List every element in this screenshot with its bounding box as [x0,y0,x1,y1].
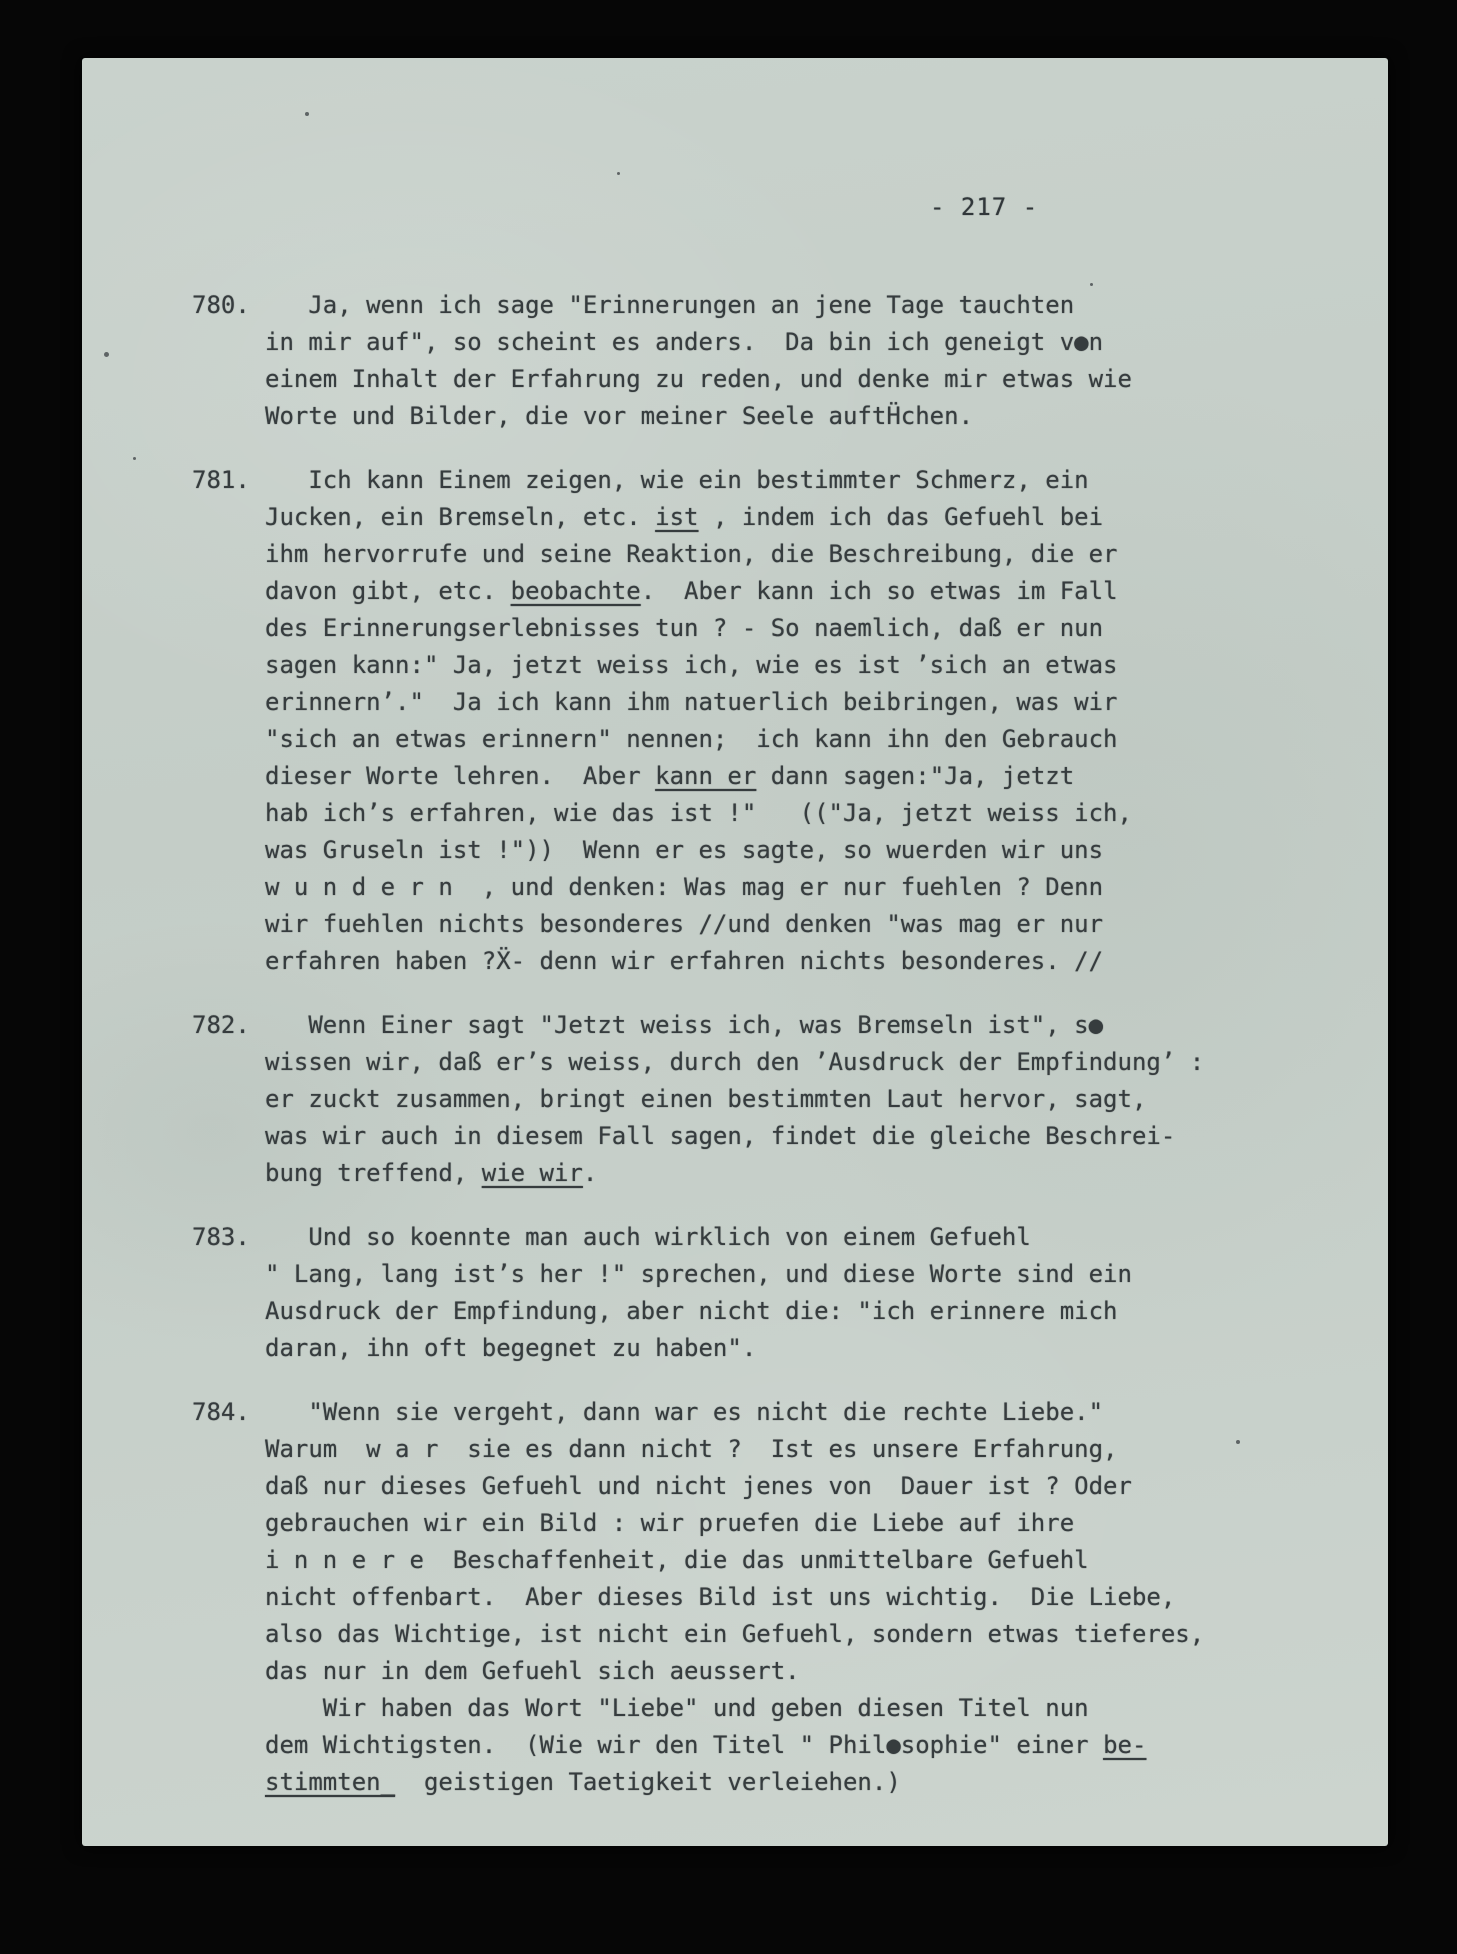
text-line: ihm hervorrufe und seine Reaktion, die B… [265,536,1332,573]
text-line: Wenn Einer sagt "Jetzt weiss ich, was Br… [265,1007,1332,1044]
text-line: Und so koennte man auch wirklich von ein… [265,1219,1332,1256]
text-line: dem Wichtigsten. (Wie wir den Titel " Ph… [265,1727,1332,1764]
text-line: w u n d e r n , und denken: Was mag er n… [265,869,1332,906]
text-line: "Wenn sie vergeht, dann war es nicht die… [265,1394,1332,1431]
paragraph: 782. Wenn Einer sagt "Jetzt weiss ich, w… [192,1007,1332,1192]
text-line: einem Inhalt der Erfahrung zu reden, und… [265,361,1332,398]
scanner-background: { "page": { "number_label": "- 217 -" },… [0,0,1457,1954]
text-line: sagen kann:" Ja, jetzt weiss ich, wie es… [265,647,1332,684]
text-line: daran, ihn oft begegnet zu haben". [265,1330,1332,1367]
text-line: nicht offenbart. Aber dieses Bild ist un… [265,1579,1332,1616]
paragraph: 781. Ich kann Einem zeigen, wie ein best… [192,462,1332,980]
text-line: bung treffend, wie wir. [265,1155,1332,1192]
text-line: Ich kann Einem zeigen, wie ein bestimmte… [265,462,1332,499]
text-line: erfahren haben ?Ẍ- denn wir erfahren nic… [265,943,1332,980]
paragraph-number: 784. [192,1394,265,1431]
paragraph-text: Wenn Einer sagt "Jetzt weiss ich, was Br… [265,1007,1332,1192]
ink-speck [617,172,620,175]
text-line: Ausdruck der Empfindung, aber nicht die:… [265,1293,1332,1330]
text-line: gebrauchen wir ein Bild : wir pruefen di… [265,1505,1332,1542]
text-line: erinnern’." Ja ich kann ihm natuerlich b… [265,684,1332,721]
paragraph-text: Ja, wenn ich sage "Erinnerungen an jene … [265,287,1332,435]
paragraph-list: 780. Ja, wenn ich sage "Erinnerungen an … [192,287,1332,1828]
text-line: was wir auch in diesem Fall sagen, finde… [265,1118,1332,1155]
text-line: i n n e r e Beschaffenheit, die das unmi… [265,1542,1332,1579]
text-line: dieser Worte lehren. Aber kann er dann s… [265,758,1332,795]
text-line: Worte und Bilder, die vor meiner Seele a… [265,398,1332,435]
paragraph-number: 781. [192,462,265,499]
ink-speck [133,457,136,460]
paragraph-text: "Wenn sie vergeht, dann war es nicht die… [265,1394,1332,1801]
document-page: - 217 - 780. Ja, wenn ich sage "Erinneru… [82,58,1388,1846]
text-line: also das Wichtige, ist nicht ein Gefuehl… [265,1616,1332,1653]
text-line: daß nur dieses Gefuehl und nicht jenes v… [265,1468,1332,1505]
paragraph: 784. "Wenn sie vergeht, dann war es nich… [192,1394,1332,1801]
paragraph-text: Ich kann Einem zeigen, wie ein bestimmte… [265,462,1332,980]
text-line: Warum w a r sie es dann nicht ? Ist es u… [265,1431,1332,1468]
page-number: - 217 - [930,193,1038,221]
ink-speck [1090,283,1093,286]
paragraph-number: 780. [192,287,265,324]
text-line: das nur in dem Gefuehl sich aeussert. [265,1653,1332,1690]
ink-speck [104,352,109,357]
text-line: " Lang, lang ist’s her !" sprechen, und … [265,1256,1332,1293]
text-line: "sich an etwas erinnern" nennen; ich kan… [265,721,1332,758]
text-line: er zuckt zusammen, bringt einen bestimmt… [265,1081,1332,1118]
paragraph: 783. Und so koennte man auch wirklich vo… [192,1219,1332,1367]
paragraph-number: 782. [192,1007,265,1044]
text-line: hab ich’s erfahren, wie das ist !" (("Ja… [265,795,1332,832]
text-line: Ja, wenn ich sage "Erinnerungen an jene … [265,287,1332,324]
ink-speck [305,112,309,116]
text-line: was Gruseln ist !")) Wenn er es sagte, s… [265,832,1332,869]
ink-speck [1236,1440,1240,1444]
paragraph-text: Und so koennte man auch wirklich von ein… [265,1219,1332,1367]
text-line: des Erinnerungserlebnisses tun ? - So na… [265,610,1332,647]
text-line: wir fuehlen nichts besonderes //und denk… [265,906,1332,943]
text-line: wissen wir, daß er’s weiss, durch den ’A… [265,1044,1332,1081]
paragraph: 780. Ja, wenn ich sage "Erinnerungen an … [192,287,1332,435]
paragraph-number: 783. [192,1219,265,1256]
text-line: in mir auf", so scheint es anders. Da bi… [265,324,1332,361]
text-line: Wir haben das Wort "Liebe" und geben die… [265,1690,1332,1727]
text-line: stimmten_ geistigen Taetigkeit verleiehe… [265,1764,1332,1801]
text-line: Jucken, ein Bremseln, etc. ist , indem i… [265,499,1332,536]
text-line: davon gibt, etc. beobachte. Aber kann ic… [265,573,1332,610]
